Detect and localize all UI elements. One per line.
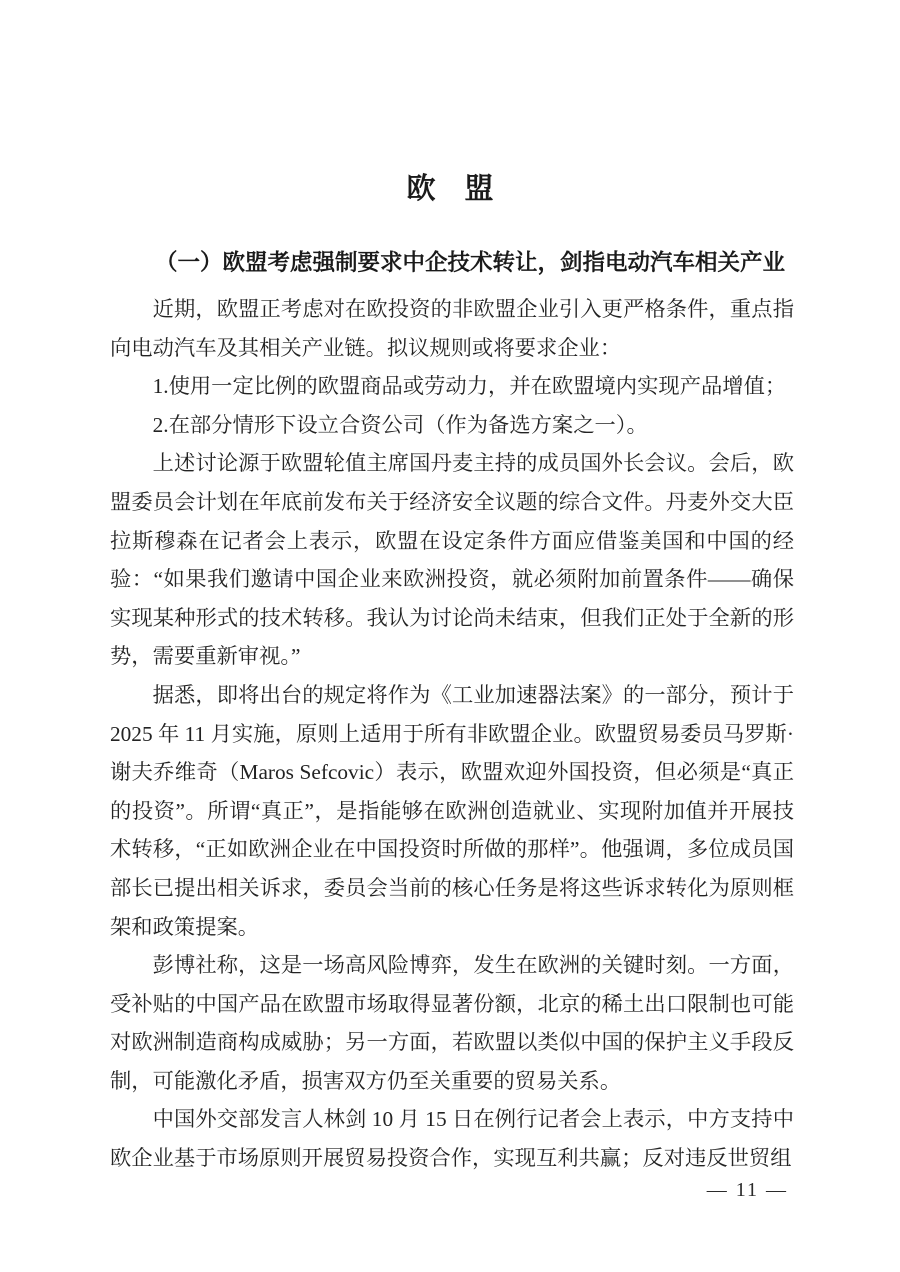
paragraph-mofa-response: 中国外交部发言人林剑 10 月 15 日在例行记者会上表示，中方支持中欧企业基于…: [110, 1100, 794, 1177]
page-number: — 11 —: [707, 1178, 788, 1202]
paragraph-bloomberg-comment: 彭博社称，这是一场高风险博弈，发生在欧洲的关键时刻。一方面，受补贴的中国产品在欧…: [110, 946, 794, 1100]
paragraph-council-meeting: 上述讨论源于欧盟轮值主席国丹麦主持的成员国外长会议。会后，欧盟委员会计划在年底前…: [110, 444, 794, 676]
list-item-1: 1.使用一定比例的欧盟商品或劳动力，并在欧盟境内实现产品增值；: [110, 367, 794, 406]
doc-title: 欧 盟: [0, 172, 900, 206]
document-page: 欧 盟 （一）欧盟考虑强制要求中企技术转让，剑指电动汽车相关产业 近期，欧盟正考…: [0, 0, 900, 1272]
document-body: 近期，欧盟正考虑对在欧投资的非欧盟企业引入更严格条件，重点指向电动汽车及其相关产…: [110, 290, 794, 1178]
list-item-2: 2.在部分情形下设立合资公司（作为备选方案之一）。: [110, 406, 794, 445]
paragraph-intro: 近期，欧盟正考虑对在欧投资的非欧盟企业引入更严格条件，重点指向电动汽车及其相关产…: [110, 290, 794, 367]
paragraph-industrial-accelerator-act: 据悉，即将出台的规定将作为《工业加速器法案》的一部分，预计于2025 年 11 …: [110, 676, 794, 946]
section-heading: （一）欧盟考虑强制要求中企技术转让，剑指电动汽车相关产业: [110, 247, 794, 279]
